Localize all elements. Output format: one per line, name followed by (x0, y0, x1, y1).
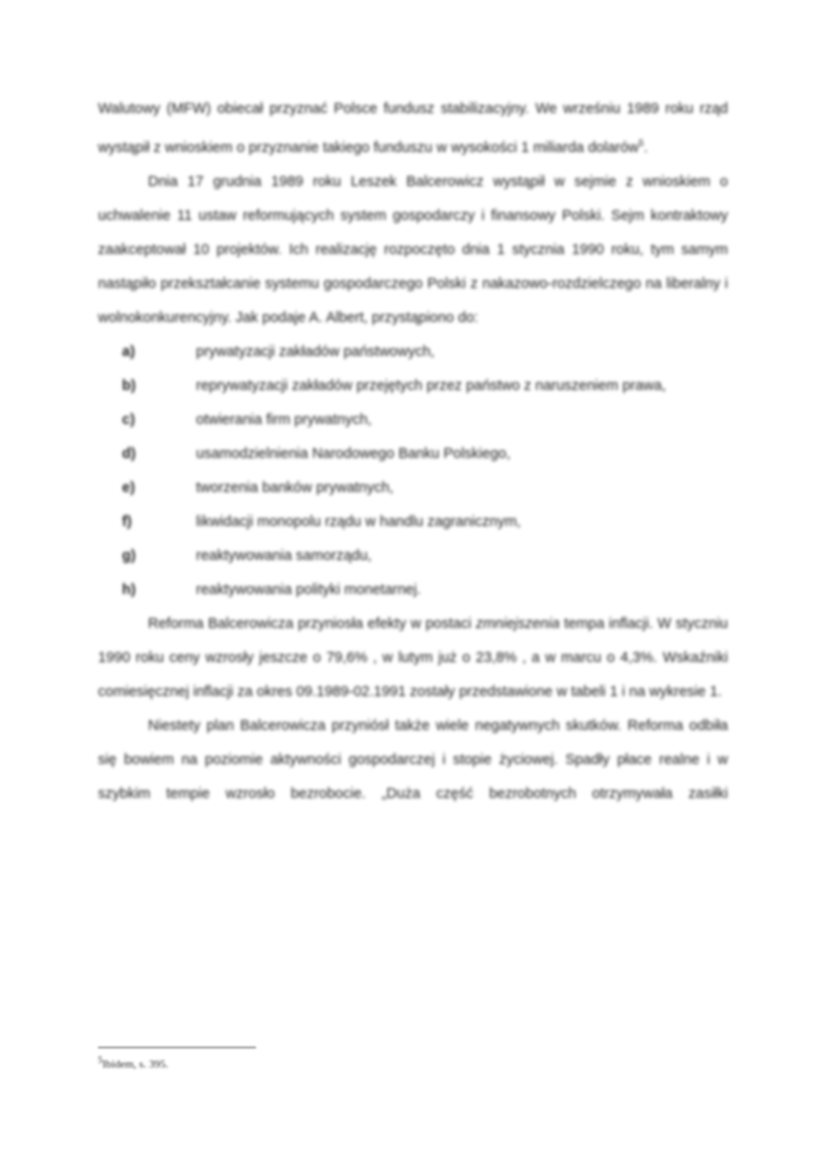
list-text: tworzenia banków prywatnych, (196, 480, 393, 496)
paragraph-balcerowicz-laws: Dnia 17 grudnia 1989 roku Leszek Balcero… (98, 165, 728, 335)
list-text: likwidacji monopolu rządu w handlu zagra… (196, 514, 521, 530)
list-item: b)reprywatyzacji zakładów przejętych prz… (98, 369, 728, 403)
paragraph-negative-effects: Niestety plan Balcerowicza przyniósł tak… (98, 709, 728, 811)
footnote-separator (98, 1047, 256, 1048)
list-item: h)reaktywowania polityki monetarnej. (98, 573, 728, 607)
list-item: f)likwidacji monopolu rządu w handlu zag… (98, 505, 728, 539)
emphasis-text: zmniejszenia (476, 616, 560, 632)
paragraph-text: Reforma Balcerowicza przyniosła efekty w… (148, 616, 476, 632)
list-text: otwierania firm prywatnych, (196, 412, 372, 428)
footnote-text: Ibidem, s. 395. (103, 1059, 169, 1071)
list-item: c)otwierania firm prywatnych, (98, 403, 728, 437)
list-item: d)usamodzielnienia Narodowego Banku Pols… (98, 437, 728, 471)
list-label: h) (122, 573, 136, 607)
list-text: usamodzielnienia Narodowego Banku Polski… (196, 446, 510, 462)
list-label: d) (122, 437, 136, 471)
list-item: a)prywatyzacji zakładów państwowych, (98, 335, 728, 369)
paragraph-text: Walutowy (MFW) obiecał przyznać Polsce f… (98, 101, 728, 156)
list-label: g) (122, 539, 136, 573)
list-text: prywatyzacji zakładów państwowych, (196, 344, 435, 360)
list-text: reaktywowania samorządu, (196, 548, 372, 564)
list-label: b) (122, 369, 136, 403)
list-label: e) (122, 471, 135, 505)
list-label: f) (122, 505, 132, 539)
list-text: reaktywowania polityki monetarnej. (196, 582, 421, 598)
list-label: c) (122, 403, 135, 437)
reform-list: a)prywatyzacji zakładów państwowych, b)r… (98, 335, 728, 607)
footnote: 5Ibidem, s. 395. (98, 1055, 168, 1071)
list-item: e)tworzenia banków prywatnych, (98, 471, 728, 505)
paragraph-inflation: Reforma Balcerowicza przyniosła efekty w… (98, 607, 728, 709)
paragraph-imf-fund: Walutowy (MFW) obiecał przyznać Polsce f… (98, 92, 728, 165)
document-page: Walutowy (MFW) obiecał przyznać Polsce f… (98, 92, 728, 811)
list-item: g)reaktywowania samorządu, (98, 539, 728, 573)
sentence-end: . (644, 140, 648, 156)
list-label: a) (122, 335, 135, 369)
list-text: reprywatyzacji zakładów przejętych przez… (146, 369, 728, 403)
